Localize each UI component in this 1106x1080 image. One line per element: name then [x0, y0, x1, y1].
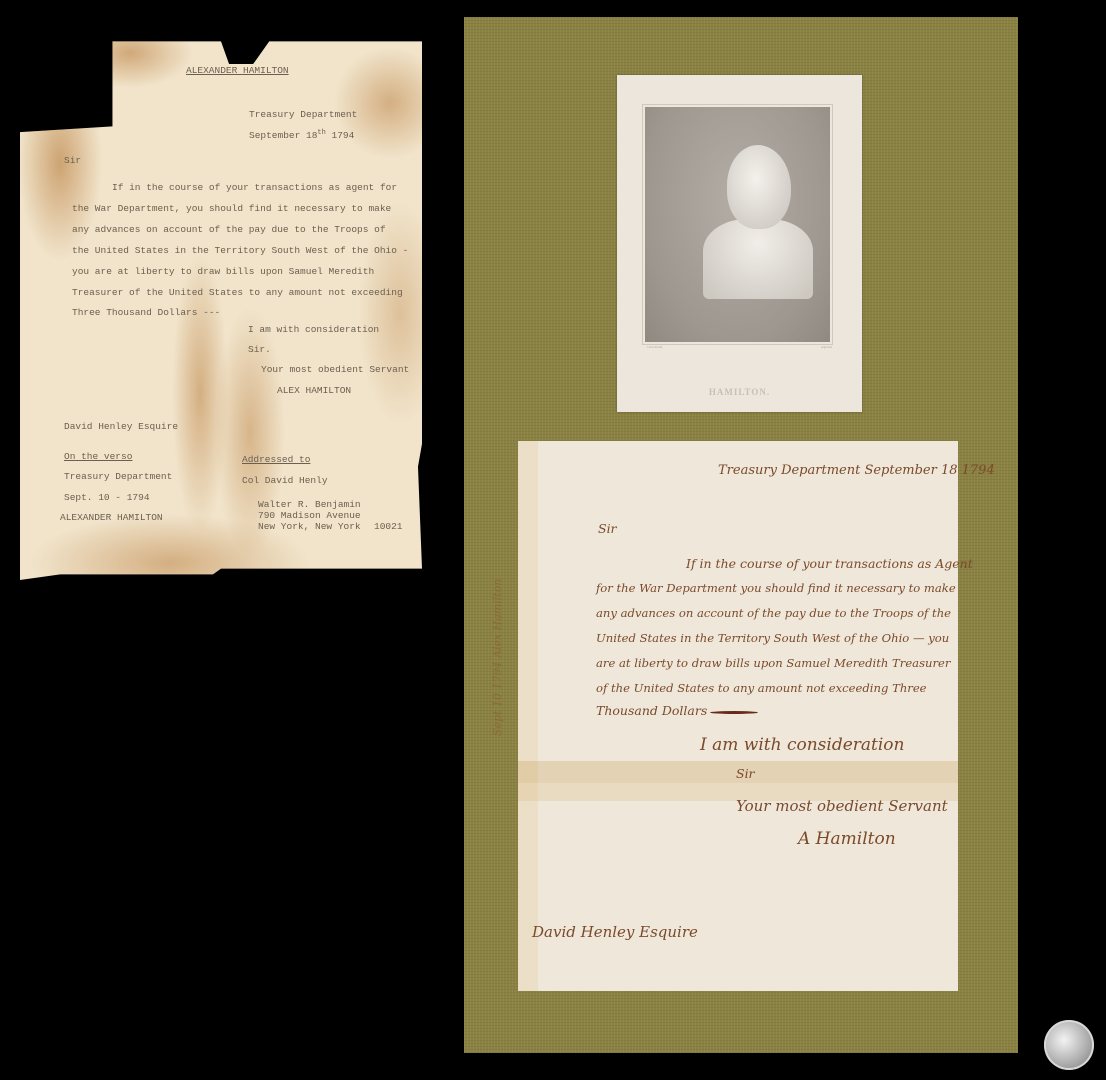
letter-dateline: Treasury Department September 18 1794 — [718, 463, 995, 478]
date-prefix: September 18 — [249, 130, 317, 141]
letter-line: Thousand Dollars — [596, 703, 707, 718]
letter-closing: I am with consideration — [700, 735, 904, 755]
transcript-date: September 18th 1794 — [249, 129, 354, 141]
transcript-place: Treasury Department — [249, 109, 357, 120]
verso-bleedthrough-notes: Sept 10 1794 Alex Hamilton — [491, 666, 651, 736]
transcript-closing: Your most obedient Servant — [261, 364, 409, 375]
verso-line: ALEXANDER HAMILTON — [60, 512, 163, 523]
transcript-signature: ALEX HAMILTON — [277, 385, 351, 396]
dealer-line: New York, New York — [258, 521, 361, 532]
letter-line: of the United States to any amount not e… — [596, 681, 927, 695]
dealer-line: Walter R. Benjamin — [258, 499, 361, 510]
transcript-line: Three Thousand Dollars --- — [72, 307, 220, 318]
manuscript-letter: Sept 10 1794 Alex Hamilton Treasury Depa… — [518, 441, 958, 991]
transcript-line: Treasurer of the United States to any am… — [72, 287, 403, 298]
engraving-caption: HAMILTON. — [617, 387, 862, 397]
bust-head — [727, 145, 791, 229]
date-year: 1794 — [332, 130, 355, 141]
transcript-closing: I am with consideration — [248, 324, 379, 335]
engraved-portrait: Ceracchi del. engraved HAMILTON. — [617, 75, 862, 412]
letter-line: If in the course of your transactions as… — [686, 556, 973, 571]
verso-line: Sept. 10 - 1794 — [64, 492, 150, 503]
transcript-salutation: Sir — [64, 155, 81, 166]
transcript-line: you are at liberty to draw bills upon Sa… — [72, 266, 374, 277]
letter-line: for the War Department you should find i… — [596, 581, 956, 595]
engraver-credit: engraved — [821, 345, 832, 349]
transcript-line: If in the course of your transactions as… — [112, 182, 397, 193]
date-suffix: th — [317, 129, 325, 137]
letter-recipient: David Henley Esquire — [532, 923, 698, 941]
typed-transcript-sheet: ALEXANDER HAMILTON Treasury Department S… — [20, 13, 422, 580]
letter-salutation: Sir — [598, 521, 617, 536]
dealer-zip: 10021 — [374, 521, 403, 532]
dealer-line: 790 Madison Avenue — [258, 510, 361, 521]
artist-credit: Ceracchi del. — [647, 345, 663, 349]
letter-line: any advances on account of the pay due t… — [596, 606, 951, 620]
letter-line: are at liberty to draw bills upon Samuel… — [596, 656, 950, 670]
verso-heading: On the verso — [64, 451, 132, 462]
addressed-heading: Addressed to — [242, 454, 310, 465]
transcript-closing: Sir. — [248, 344, 271, 355]
ink-flourish — [710, 711, 758, 714]
letter-line: United States in the Territory South Wes… — [596, 631, 949, 645]
transcript-line: the War Department, you should find it n… — [72, 203, 391, 214]
transcript-header: ALEXANDER HAMILTON — [186, 65, 289, 76]
addressed-to: Col David Henly — [242, 475, 328, 486]
letter-closing: Sir — [736, 766, 755, 781]
hamilton-signature: A Hamilton — [798, 829, 896, 849]
transcript-line: any advances on account of the pay due t… — [72, 224, 386, 235]
verso-line: Treasury Department — [64, 471, 172, 482]
letter-closing: Your most obedient Servant — [736, 797, 948, 815]
portrait-plate — [645, 107, 830, 342]
transcript-line: the United States in the Territory South… — [72, 245, 408, 256]
transcript-recipient: David Henley Esquire — [64, 421, 178, 432]
scale-coin — [1044, 1020, 1094, 1070]
bust-shoulders — [703, 219, 813, 299]
